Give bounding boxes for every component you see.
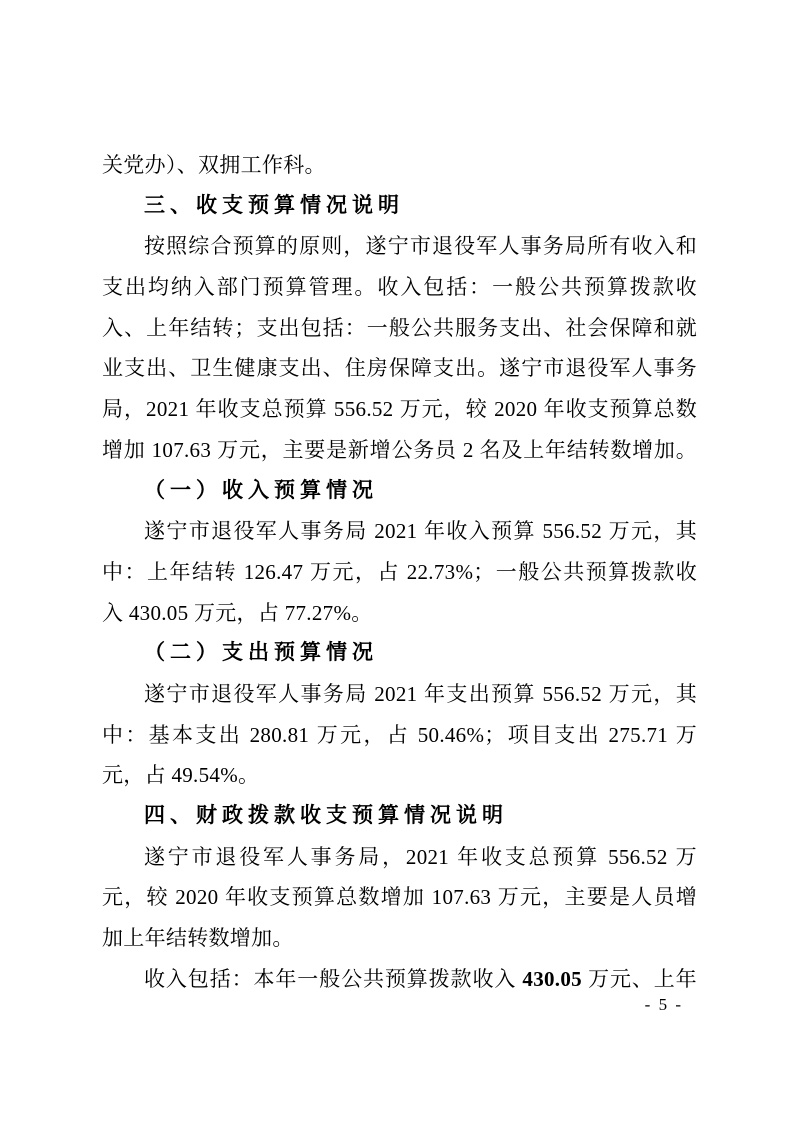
text-segment: （一）收入预算情况 [144,479,378,502]
text-segment: 遂宁市退役军人事务局 2021 年支出预算 556.52 万元，其 [144,682,697,706]
text-line: 元，较 2020 年收支预算总数增加 107.63 万元，主要是人员增 [102,877,697,918]
document-body: 关党办）、双拥工作科。三、收支预算情况说明按照综合预算的原则，遂宁市退役军人事务… [102,145,697,999]
text-segment: 入、上年结转；支出包括：一般公共服务支出、社会保障和就 [102,316,697,340]
text-segment: 中：基本支出 280.81 万元，占 50.46%；项目支出 275.71 万 [102,723,697,747]
text-segment: 遂宁市退役军人事务局，2021 年收支总预算 556.52 万 [144,845,697,869]
text-line: 关党办）、双拥工作科。 [102,145,697,186]
text-line: 业支出、卫生健康支出、住房保障支出。遂宁市退役军人事务 [102,348,697,389]
text-segment: 加上年结转数增加。 [102,926,294,950]
text-line: 遂宁市退役军人事务局 2021 年支出预算 556.52 万元，其 [102,674,697,715]
text-line: 支出均纳入部门预算管理。收入包括：一般公共预算拨款收 [102,267,697,308]
text-segment: 局，2021 年收支总预算 556.52 万元，较 2020 年收支预算总数 [102,397,697,421]
text-segment: 收入包括：本年一般公共预算拨款收入 [144,967,522,991]
section-heading: 四、财政拨款收支预算情况说明 [102,796,697,837]
section-heading: 三、收支预算情况说明 [102,186,697,227]
text-segment: 元，占 49.54%。 [102,763,259,787]
text-segment: 按照综合预算的原则，遂宁市退役军人事务局所有收入和 [144,234,697,258]
text-segment: 中：上年结转 126.47 万元，占 22.73%；一般公共预算拨款收 [102,560,697,584]
page-number: - 5 - [645,995,683,1015]
text-segment: 支出均纳入部门预算管理。收入包括：一般公共预算拨款收 [102,275,697,299]
text-line: 中：上年结转 126.47 万元，占 22.73%；一般公共预算拨款收 [102,552,697,593]
text-segment: （二）支出预算情况 [144,641,378,664]
text-line: 遂宁市退役军人事务局，2021 年收支总预算 556.52 万 [102,837,697,878]
text-segment: 关党办）、双拥工作科。 [102,153,326,177]
text-segment: 三、收支预算情况说明 [144,194,404,217]
text-line: 局，2021 年收支总预算 556.52 万元，较 2020 年收支预算总数 [102,389,697,430]
bold-number: 430.05 [522,967,582,991]
text-line: 增加 107.63 万元，主要是新增公务员 2 名及上年结转数增加。 [102,430,697,471]
text-line: 加上年结转数增加。 [102,918,697,959]
text-segment: 四、财政拨款收支预算情况说明 [144,804,508,827]
text-line: 按照综合预算的原则，遂宁市退役军人事务局所有收入和 [102,226,697,267]
document-page: 关党办）、双拥工作科。三、收支预算情况说明按照综合预算的原则，遂宁市退役军人事务… [0,0,793,1122]
text-segment: 业支出、卫生健康支出、住房保障支出。遂宁市退役军人事务 [102,356,697,380]
text-line: 中：基本支出 280.81 万元，占 50.46%；项目支出 275.71 万 [102,715,697,756]
text-segment: 万元、上年 [582,967,697,991]
text-line: 入 430.05 万元，占 77.27%。 [102,593,697,634]
text-line: 收入包括：本年一般公共预算拨款收入 430.05 万元、上年 [102,959,697,1000]
section-heading: （一）收入预算情况 [102,471,697,512]
text-segment: 遂宁市退役军人事务局 2021 年收入预算 556.52 万元，其 [144,519,697,543]
text-segment: 元，较 2020 年收支预算总数增加 107.63 万元，主要是人员增 [102,885,697,909]
text-line: 入、上年结转；支出包括：一般公共服务支出、社会保障和就 [102,308,697,349]
text-segment: 入 430.05 万元，占 77.27%。 [102,601,373,625]
text-line: 遂宁市退役军人事务局 2021 年收入预算 556.52 万元，其 [102,511,697,552]
text-line: 元，占 49.54%。 [102,755,697,796]
text-segment: 增加 107.63 万元，主要是新增公务员 2 名及上年结转数增加。 [102,438,697,462]
section-heading: （二）支出预算情况 [102,633,697,674]
